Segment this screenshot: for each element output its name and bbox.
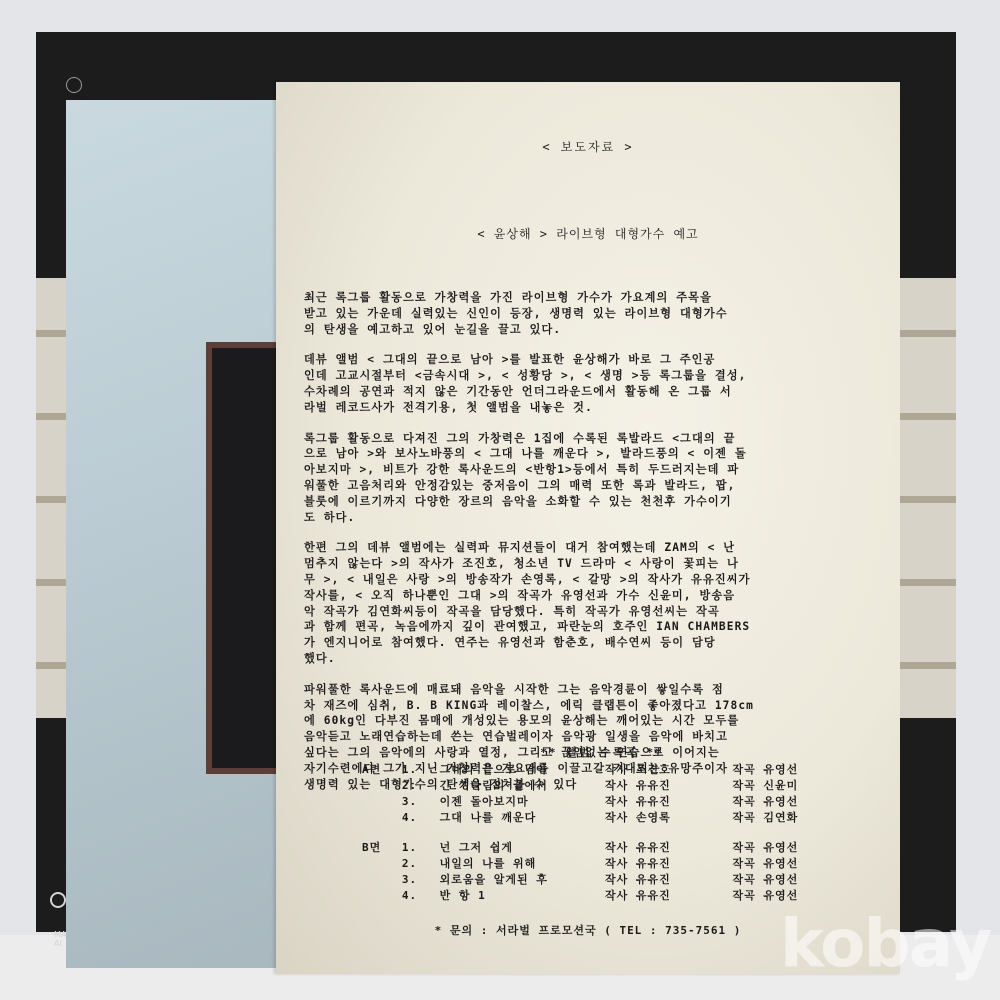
sleeve-punch-hole — [66, 77, 82, 93]
label-logo-icon — [50, 892, 66, 908]
track-lyricist: 작사 유유진 — [605, 840, 732, 856]
tracklist-title: ** 앨범 수록곡 ** — [362, 744, 842, 760]
track-lyricist: 작사 유유진 — [605, 794, 732, 810]
document-headline: < 윤상해 > 라이브형 대형가수 예고 — [276, 225, 900, 242]
track-number: 4. — [402, 810, 440, 826]
track-number: 2. — [402, 778, 440, 794]
track-composer: 작곡 유영선 — [732, 762, 842, 778]
track-title: 내일의 나를 위해 — [440, 856, 605, 872]
track-lyricist: 작사 조진호 — [605, 762, 732, 778]
track-title: 반 항 1 — [440, 888, 605, 904]
paragraph: 록그룹 활동으로 다져진 그의 가창력은 1집에 수록된 록발라드 <그대의 끝… — [304, 431, 864, 526]
track-lyricist: 작사 손영록 — [605, 810, 732, 826]
side-label — [362, 872, 402, 888]
track-lyricist: 작사 유유진 — [605, 888, 732, 904]
track-title: 그대 나를 깨운다 — [440, 810, 605, 826]
track-composer: 작곡 유영선 — [732, 888, 842, 904]
paragraph: 최근 록그룹 활동으로 가창력을 가진 라이브형 가수가 가요계의 주목을 받고… — [304, 290, 864, 337]
document-header: < 보도자료 > — [276, 138, 900, 155]
track-number: 2. — [402, 856, 440, 872]
track-composer: 작곡 유영선 — [732, 794, 842, 810]
track-row: 3.외로움을 알게된 후작사 유유진작곡 유영선 — [362, 872, 842, 888]
side-label — [362, 778, 402, 794]
track-title: 그대의 끝으로 남아 — [440, 762, 605, 778]
side-label: B면 — [362, 840, 402, 856]
label-logo-text: MA AI — [54, 930, 66, 948]
track-row: A면1.그대의 끝으로 남아작사 조진호작곡 유영선 — [362, 762, 842, 778]
track-row: 2.내일의 나를 위해작사 유유진작곡 유영선 — [362, 856, 842, 872]
side-label: A면 — [362, 762, 402, 778]
tracklist-side: B면1.넌 그저 쉽게작사 유유진작곡 유영선2.내일의 나를 위해작사 유유진… — [362, 840, 842, 904]
paragraph: 데뷰 앨범 < 그대의 끝으로 남아 >를 발표한 윤상해가 바로 그 주인공 … — [304, 352, 864, 415]
track-title: 넌 그저 쉽게 — [440, 840, 605, 856]
track-row: 4.반 항 1작사 유유진작곡 유영선 — [362, 888, 842, 904]
tracklist-side: A면1.그대의 끝으로 남아작사 조진호작곡 유영선2.긴 기다림의 끝에서작사… — [362, 762, 842, 826]
side-label — [362, 794, 402, 810]
side-label — [362, 856, 402, 872]
track-number: 3. — [402, 794, 440, 810]
watermark: kobay — [780, 905, 990, 982]
track-number: 1. — [402, 762, 440, 778]
track-composer: 작곡 유영선 — [732, 872, 842, 888]
track-composer: 작곡 신윤미 — [732, 778, 842, 794]
track-lyricist: 작사 유유진 — [605, 872, 732, 888]
track-lyricist: 작사 유유진 — [605, 856, 732, 872]
document-body: 최근 록그룹 활동으로 가창력을 가진 라이브형 가수가 가요계의 주목을 받고… — [304, 290, 864, 807]
paragraph: 한편 그의 데뷰 앨범에는 실력파 뮤지션들이 대거 참여했는데 ZAM의 < … — [304, 540, 864, 666]
track-lyricist: 작사 유유진 — [605, 778, 732, 794]
track-row: 2.긴 기다림의 끝에서작사 유유진작곡 신윤미 — [362, 778, 842, 794]
press-release-sheet: < 보도자료 > < 윤상해 > 라이브형 대형가수 예고 최근 록그룹 활동으… — [276, 82, 900, 974]
track-row: 4.그대 나를 깨운다작사 손영록작곡 김연화 — [362, 810, 842, 826]
track-composer: 작곡 유영선 — [732, 856, 842, 872]
tracklist: ** 앨범 수록곡 ** A면1.그대의 끝으로 남아작사 조진호작곡 유영선2… — [362, 744, 842, 918]
track-composer: 작곡 김연화 — [732, 810, 842, 826]
side-label — [362, 810, 402, 826]
track-number: 4. — [402, 888, 440, 904]
track-title: 긴 기다림의 끝에서 — [440, 778, 605, 794]
track-row: B면1.넌 그저 쉽게작사 유유진작곡 유영선 — [362, 840, 842, 856]
side-label — [362, 888, 402, 904]
track-title: 외로움을 알게된 후 — [440, 872, 605, 888]
track-number: 3. — [402, 872, 440, 888]
track-row: 3.이젠 돌아보지마작사 유유진작곡 유영선 — [362, 794, 842, 810]
track-number: 1. — [402, 840, 440, 856]
track-composer: 작곡 유영선 — [732, 840, 842, 856]
track-title: 이젠 돌아보지마 — [440, 794, 605, 810]
